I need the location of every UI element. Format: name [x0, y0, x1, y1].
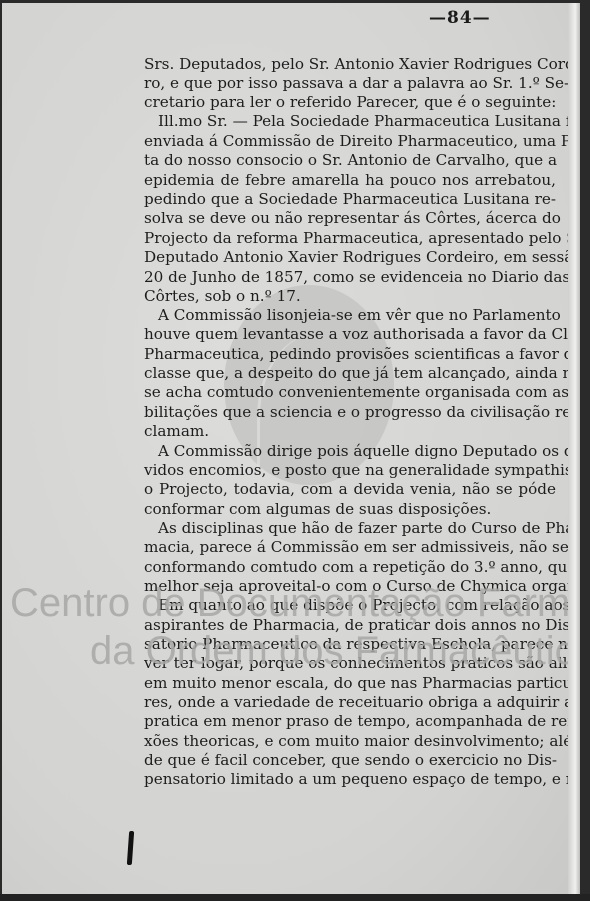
text-line: ta do nosso consocio o Sr. Antonio de Ca… — [144, 151, 556, 170]
text-line: xões theoricas, e com muito maior desinv… — [144, 732, 556, 751]
watermark-line-2: da Ordem dos Farmacêuticos — [90, 629, 580, 674]
text-line: Srs. Deputados, pelo Sr. Antonio Xavier … — [144, 55, 556, 74]
text-line: classe que, a despeito do que já tem alc… — [144, 364, 556, 383]
text-line: epidemia de febre amarella ha pouco nos … — [144, 171, 556, 190]
text-line: res, onde a variedade de receituario obr… — [144, 693, 556, 712]
text-line: se acha comtudo convenientemente organis… — [144, 383, 556, 402]
text-line: Pharmaceutica, pedindo provisões scienti… — [144, 345, 556, 364]
text-line: em muito menor escala, do que nas Pharma… — [144, 674, 556, 693]
text-line: Deputado Antonio Xavier Rodrigues Cordei… — [144, 248, 556, 267]
text-line: pratica em menor praso de tempo, acompan… — [144, 712, 556, 731]
page-edge — [568, 3, 580, 894]
text-line: Ill.mo Sr. — Pela Sociedade Pharmaceutic… — [144, 112, 556, 131]
ink-mark — [127, 831, 134, 865]
text-line: cretario para ler o referido Parecer, qu… — [144, 93, 556, 112]
text-line: 20 de Junho de 1857, como se evidenceia … — [144, 268, 556, 287]
text-line: A Commissão lisonjeia-se em vêr que no P… — [144, 306, 556, 325]
text-line: Projecto da reforma Pharmaceutica, apres… — [144, 229, 556, 248]
text-line: solva se deve ou não representar ás Côrt… — [144, 209, 556, 228]
text-line: enviada á Commissão de Direito Pharmaceu… — [144, 132, 556, 151]
text-line: ro, e que por isso passava a dar a palav… — [144, 74, 556, 93]
text-line: bilitações que a sciencia e o progresso … — [144, 403, 556, 422]
text-line: Côrtes, sob o n.º 17. — [144, 287, 556, 306]
text-line: vidos encomios, e posto que na generalid… — [144, 461, 556, 480]
text-line: macia, parece á Commissão em ser admissi… — [144, 538, 556, 557]
text-line: clamam. — [144, 422, 556, 441]
text-line: conformar com algumas de suas disposiçõe… — [144, 500, 556, 519]
text-line: As disciplinas que hão de fazer parte do… — [144, 519, 556, 538]
text-line: conformando comtudo com a repetição do 3… — [144, 558, 556, 577]
text-line: o Projecto, todavia, com a devida venia,… — [144, 480, 556, 499]
text-line: houve quem levantasse a voz authorisada … — [144, 325, 556, 344]
text-line: A Commissão dirige pois áquelle digno De… — [144, 442, 556, 461]
text-line: de que é facil conceber, que sendo o exe… — [144, 751, 556, 770]
watermark-line-1: Centro de Documentação Farmacêutica — [10, 581, 580, 626]
scanned-page: —84— Srs. Deputados, pelo Sr. Antonio Xa… — [2, 3, 580, 894]
text-line: pensatorio limitado a um pequeno espaço … — [144, 770, 556, 789]
page-number: —84— — [429, 9, 491, 28]
scan-border — [0, 894, 590, 901]
text-line: pedindo que a Sociedade Pharmaceutica Lu… — [144, 190, 556, 209]
